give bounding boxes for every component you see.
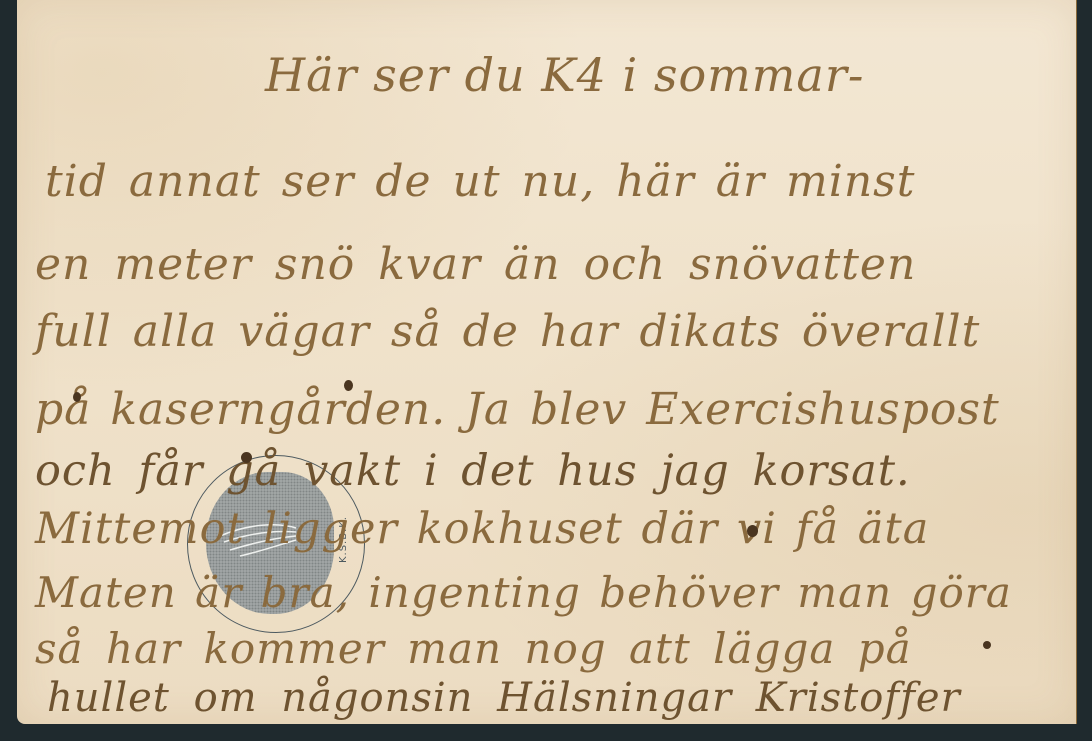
letter-line-7: Mittemot ligger kokhuset där vi få äta (35, 508, 929, 551)
letter-line-3: en meter snö kvar än och snövatten (35, 243, 916, 287)
letter-line-4: full alla vägar så de har dikats överall… (35, 310, 980, 354)
letter-line-5: på kaserngården. Ja blev Exercishuspost (35, 388, 1000, 432)
postcard: K.S.B.K. Här ser du K4 i sommar- tid ann… (17, 0, 1077, 724)
ink-blot (344, 380, 353, 391)
ink-blot (747, 525, 758, 537)
letter-line-10-signature: hullet om någonsin Hälsningar Kristoffer (47, 678, 961, 718)
ink-blot (983, 641, 991, 649)
letter-line-1: Här ser du K4 i sommar- (265, 52, 864, 98)
ink-blot (241, 452, 252, 463)
letter-line-6: och får gå vakt i det hus jag korsat. (35, 450, 911, 493)
letter-line-8: Maten är bra, ingenting behöver man göra (35, 572, 1012, 614)
letter-line-2: tid annat ser de ut nu, här är minst (45, 160, 915, 204)
letter-line-9: så har kommer man nog att lägga på (35, 628, 912, 670)
ink-blot (73, 392, 81, 402)
postcard-frame: K.S.B.K. Här ser du K4 i sommar- tid ann… (0, 0, 1092, 741)
